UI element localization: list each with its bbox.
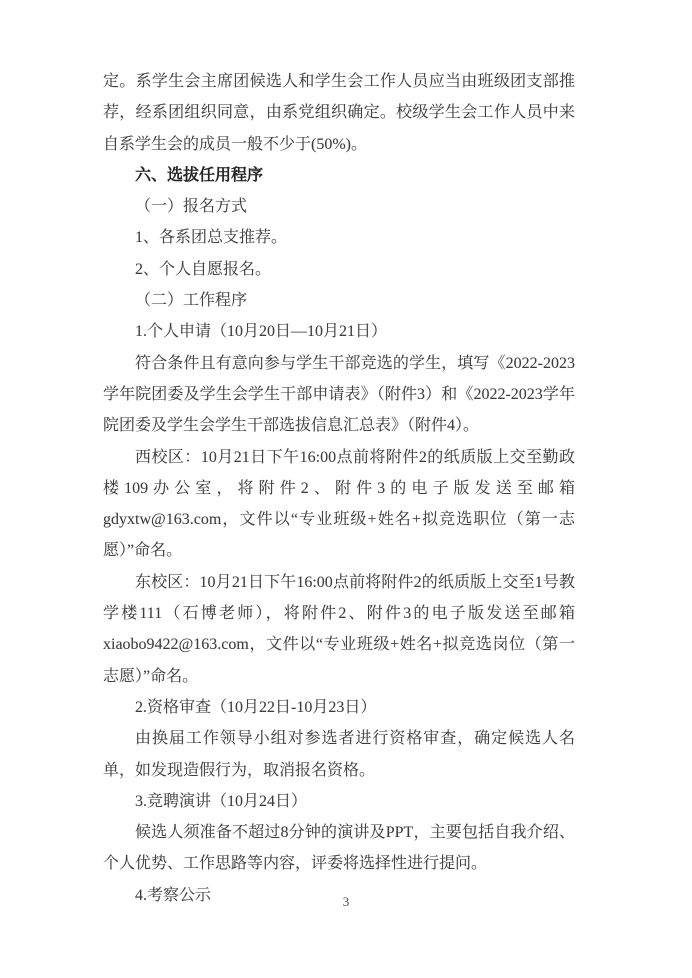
paragraph-application-forms: 符合条件且有意向参与学生干部竞选的学生，填写《2022-2023学年院团委及学生… bbox=[103, 348, 575, 442]
paragraph-membership-rule: 定。系学生会主席团候选人和学生会工作人员应当由班级团支部推荐，经系团组织同意，由… bbox=[103, 66, 575, 160]
list-item-qualification-review: 2.资格审查（10月22日-10月23日） bbox=[103, 692, 575, 723]
section-heading-selection-procedure: 六、选拔任用程序 bbox=[103, 160, 575, 191]
document-text-block: 定。系学生会主席团候选人和学生会工作人员应当由班级团支部推荐，经系团组织同意，由… bbox=[103, 66, 575, 911]
page-number: 3 bbox=[0, 894, 692, 910]
list-item-personal-application: 1.个人申请（10月20日—10月21日） bbox=[103, 316, 575, 347]
list-item-self-application: 2、个人自愿报名。 bbox=[103, 254, 575, 285]
document-page: 定。系学生会主席团候选人和学生会工作人员应当由班级团支部推荐，经系团组织同意，由… bbox=[0, 0, 692, 978]
list-item-recommendation: 1、各系团总支推荐。 bbox=[103, 222, 575, 253]
paragraph-east-campus: 东校区：10月21日下午16:00点前将附件2的纸质版上交至1号教学楼111（石… bbox=[103, 567, 575, 692]
list-item-competitive-speech: 3.竞聘演讲（10月24日） bbox=[103, 786, 575, 817]
paragraph-speech-detail: 候选人须准备不超过8分钟的演讲及PPT，主要包括自我介绍、个人优势、工作思路等内… bbox=[103, 817, 575, 880]
paragraph-review-detail: 由换届工作领导小组对参选者进行资格审查，确定候选人名单，如发现造假行为，取消报名… bbox=[103, 723, 575, 786]
subheading-registration-method: （一）报名方式 bbox=[103, 191, 575, 222]
subheading-work-procedure: （二）工作程序 bbox=[103, 285, 575, 316]
paragraph-west-campus: 西校区：10月21日下午16:00点前将附件2的纸质版上交至勤政楼109办公室，… bbox=[103, 442, 575, 567]
